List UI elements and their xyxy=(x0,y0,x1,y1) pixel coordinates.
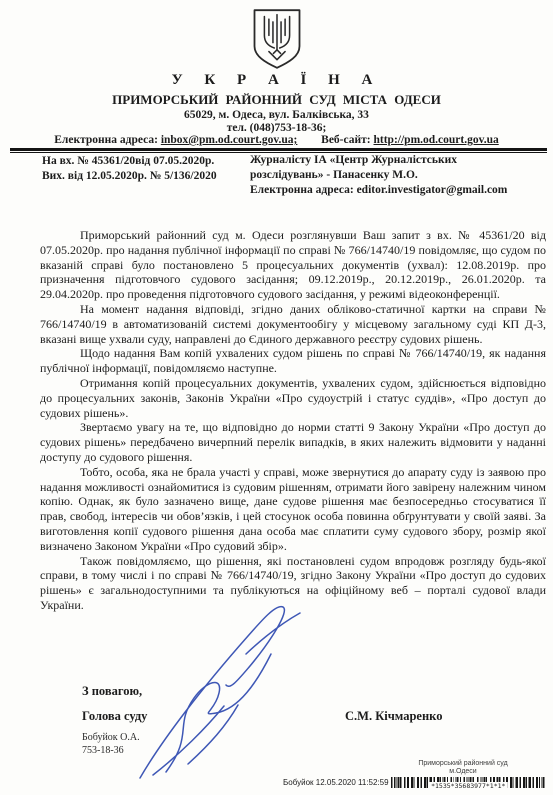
court-website: http://pm.od.court.gov.ua xyxy=(374,134,499,146)
paragraph: Приморський районний суд м. Одеси розгля… xyxy=(40,228,546,302)
stamp-row: Бобуйок 12.05.2020 11:52:59 *1535*356839… xyxy=(283,777,546,788)
recipient-email: editor.investigator@gmail.com xyxy=(357,184,508,196)
country-title: У К Р А Ї Н А xyxy=(0,72,553,89)
court-name: ПРИМОРСЬКИЙ РАЙОННИЙ СУД МІСТА ОДЕСИ xyxy=(0,92,553,108)
paragraph: На момент надання відповіді, згідно дани… xyxy=(40,302,546,346)
recipient-email-line: Електронна адреса: editor.investigator@g… xyxy=(250,183,551,198)
stamp-court-line-1: Приморський районний суд xyxy=(383,760,543,768)
barcode-text: *1535*35683977*1*1* xyxy=(429,782,507,790)
email-label: Електронна адреса: xyxy=(54,134,158,146)
executor-block: Бобуйок О.А. 753-18-36 xyxy=(82,732,140,757)
outgoing-reference: Вих. від 12.05.2020р. № 5/136/2020 xyxy=(42,169,217,184)
incoming-reference: На вх. № 45361/20від 07.05.2020р. xyxy=(42,154,217,169)
paragraph: Тобто, особа, яка не брала участі у спра… xyxy=(40,465,546,554)
stamp-signed-by: Бобуйок 12.05.2020 11:52:59 xyxy=(283,778,389,788)
executor-phone: 753-18-36 xyxy=(82,745,140,758)
coat-of-arms-ukraine-icon xyxy=(250,8,304,75)
executor-name: Бобуйок О.А. xyxy=(82,732,140,745)
paragraph: Отримання копій процесуальних документів… xyxy=(40,376,546,420)
court-email: inbox@pm.od.court.gov.ua; xyxy=(161,134,298,146)
stamp-court-name: Приморський районний суд м.Одеси xyxy=(383,760,543,776)
closing-phrase: З повагою, xyxy=(82,684,142,699)
website-label: Веб-сайт: xyxy=(321,134,370,146)
signer-name: С.М. Кічмаренко xyxy=(345,709,442,724)
court-phone: тел. (048)753-18-36; xyxy=(0,122,553,134)
letter-body: Приморський районний суд м. Одеси розгля… xyxy=(40,228,546,613)
header-divider xyxy=(10,148,547,151)
barcode-container: *1535*35683977*1*1* xyxy=(391,777,546,788)
paragraph: Щодо надання Вам копій ухвалених судом р… xyxy=(40,346,546,376)
recipient-line-2: розслідувань» - Панасенку М.О. xyxy=(250,168,551,183)
recipient-email-label: Електронна адреса: xyxy=(250,184,354,196)
paragraph: Звертаємо увагу на те, що відповідно до … xyxy=(40,420,546,464)
digital-stamp: Приморський районний суд м.Одеси Бобуйок… xyxy=(283,760,546,788)
scanned-court-letter: У К Р А Ї Н А ПРИМОРСЬКИЙ РАЙОННИЙ СУД М… xyxy=(0,0,553,795)
signer-title: Голова суду xyxy=(82,709,147,724)
reference-block: На вх. № 45361/20від 07.05.2020р. Вих. в… xyxy=(42,154,217,183)
recipient-block: Журналісту ІА «Центр Журналістських розс… xyxy=(250,153,551,198)
court-contacts-line: Електронна адреса: inbox@pm.od.court.gov… xyxy=(0,134,553,146)
recipient-line-1: Журналісту ІА «Центр Журналістських xyxy=(250,153,551,168)
stamp-court-line-2: м.Одеси xyxy=(383,768,543,776)
signature-scribble xyxy=(128,592,313,782)
court-address: 65029, м. Одеса, вул. Балківська, 33 xyxy=(0,109,553,121)
